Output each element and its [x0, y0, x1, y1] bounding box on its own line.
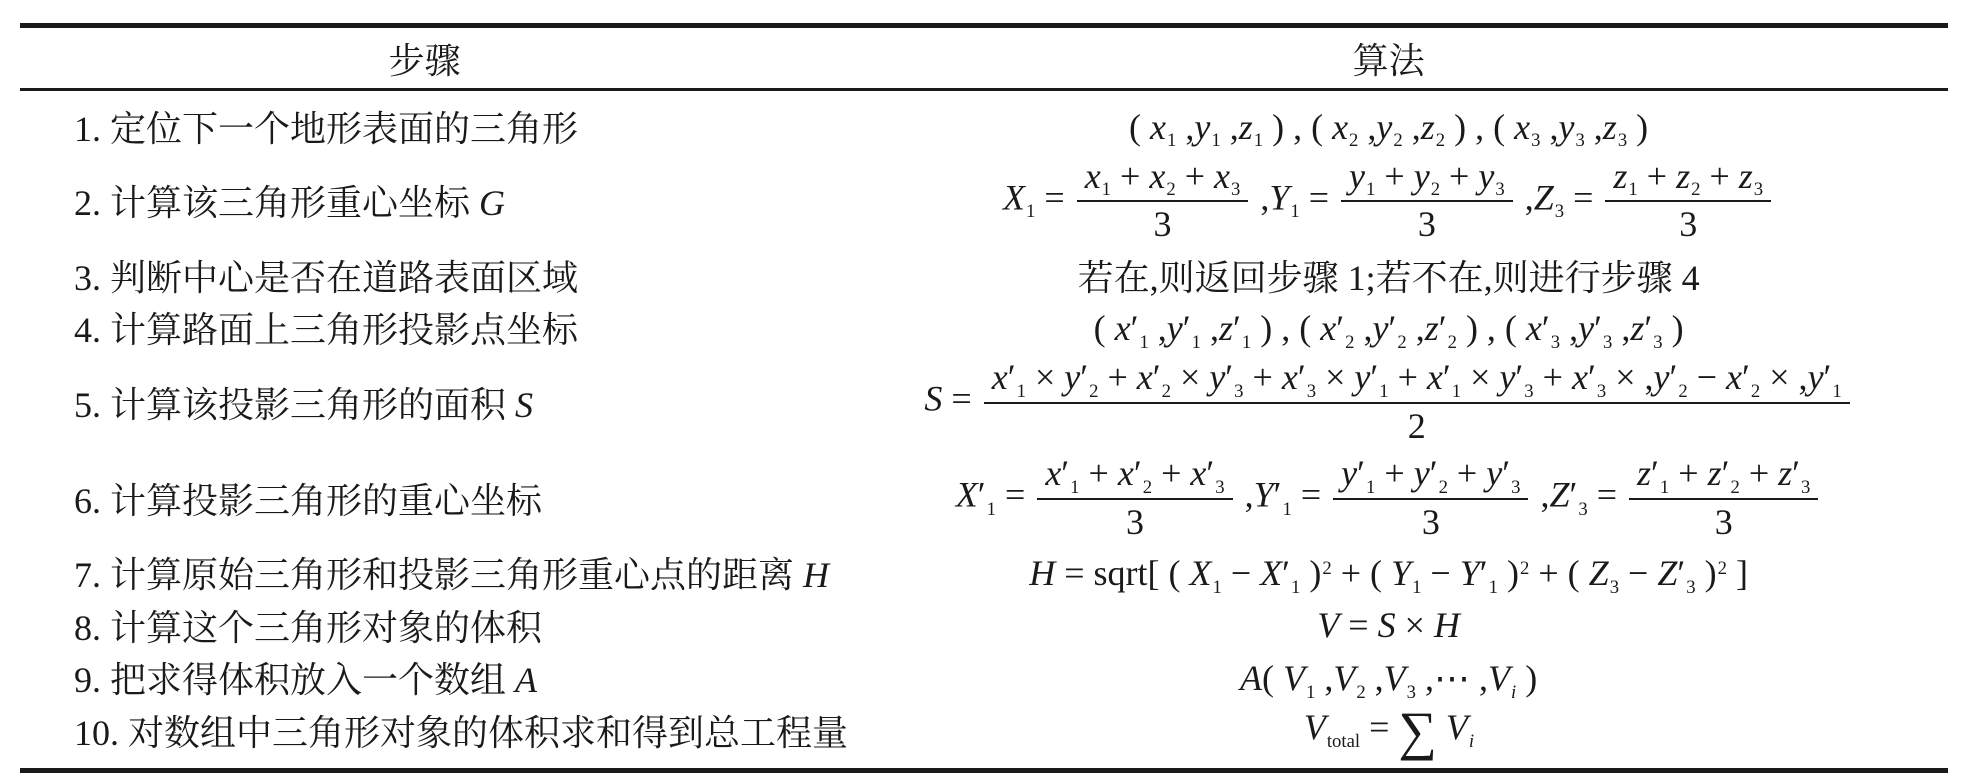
table-row: 9. 把求得体积放入一个数组 A A( V1 ,V2 ,V3 ,⋯ ,Vi ) — [20, 652, 1948, 703]
fraction: x′1 + x′2 + x′33 — [1037, 455, 1232, 542]
step-cell: 1. 定位下一个地形表面的三角形 — [20, 101, 829, 152]
step-cell: 6. 计算投影三角形的重心坐标 — [20, 473, 829, 524]
sum-symbol: ∑ — [1398, 707, 1437, 756]
fraction: z1 + z2 + z33 — [1605, 158, 1771, 245]
algorithm-cell: ( x′1 ,y′1 ,z′1 ) , ( x′2 ,y′2 ,z′2 ) , … — [829, 307, 1948, 349]
algorithm-cell: H = sqrt[ ( X1 − X′1 )2 + ( Y1 − Y′1 )2 … — [829, 552, 1948, 594]
table-row: 10. 对数组中三角形对象的体积求和得到总工程量 Vtotal = ∑ Vi — [20, 705, 1948, 756]
algorithm-cell: X′1 = x′1 + x′2 + x′33 ,Y′1 = y′1 + y′2 … — [829, 455, 1948, 542]
table-row: 5. 计算该投影三角形的面积 S S = x′1 × y′2 + x′2 × y… — [20, 355, 1948, 450]
bottom-rule — [20, 768, 1948, 773]
step-cell: 9. 把求得体积放入一个数组 A — [20, 652, 829, 703]
algorithm-table: 步骤 算法 1. 定位下一个地形表面的三角形 ( x1 ,y1 ,z1 ) , … — [20, 23, 1948, 773]
table-row: 1. 定位下一个地形表面的三角形 ( x1 ,y1 ,z1 ) , ( x2 ,… — [20, 101, 1948, 152]
table-row: 3. 判断中心是否在道路表面区域 若在,则返回步骤 1;若不在,则进行步骤 4 — [20, 250, 1948, 301]
step-cell: 2. 计算该三角形重心坐标 G — [20, 175, 829, 226]
paper-page: 步骤 算法 1. 定位下一个地形表面的三角形 ( x1 ,y1 ,z1 ) , … — [0, 0, 1968, 782]
fraction: y′1 + y′2 + y′33 — [1333, 455, 1528, 542]
table-row: 4. 计算路面上三角形投影点坐标 ( x′1 ,y′1 ,z′1 ) , ( x… — [20, 302, 1948, 353]
table-row: 8. 计算这个三角形对象的体积 V = S × H — [20, 600, 1948, 651]
fraction: z′1 + z′2 + z′33 — [1629, 455, 1818, 542]
column-header-algorithm: 算法 — [829, 33, 1948, 84]
column-header-steps: 步骤 — [20, 33, 829, 84]
table-row: 2. 计算该三角形重心坐标 G X1 = x1 + x2 + x33 ,Y1 =… — [20, 154, 1948, 249]
step-cell: 4. 计算路面上三角形投影点坐标 — [20, 302, 829, 353]
algorithm-cell: X1 = x1 + x2 + x33 ,Y1 = y1 + y2 + y33 ,… — [829, 158, 1948, 245]
step-cell: 8. 计算这个三角形对象的体积 — [20, 600, 829, 651]
step-cell: 10. 对数组中三角形对象的体积求和得到总工程量 — [20, 705, 830, 756]
algorithm-cell: 若在,则返回步骤 1;若不在,则进行步骤 4 — [829, 250, 1948, 301]
fraction: x1 + x2 + x33 — [1077, 158, 1249, 245]
table-row: 7. 计算原始三角形和投影三角形重心点的距离 H H = sqrt[ ( X1 … — [20, 547, 1948, 598]
fraction: y1 + y2 + y33 — [1341, 158, 1513, 245]
step-cell: 5. 计算该投影三角形的面积 S — [20, 377, 829, 428]
table-row: 6. 计算投影三角形的重心坐标 X′1 = x′1 + x′2 + x′33 ,… — [20, 451, 1948, 546]
algorithm-cell: Vtotal = ∑ Vi — [830, 706, 1948, 755]
step-cell: 3. 判断中心是否在道路表面区域 — [20, 250, 829, 301]
fraction: x′1 × y′2 + x′2 × y′3 + x′3 × y′1 + x′1 … — [984, 359, 1850, 446]
step-cell: 7. 计算原始三角形和投影三角形重心点的距离 H — [20, 547, 829, 598]
algorithm-cell: V = S × H — [829, 604, 1948, 646]
algorithm-cell: ( x1 ,y1 ,z1 ) , ( x2 ,y2 ,z2 ) , ( x3 ,… — [829, 106, 1948, 148]
algorithm-cell: S = x′1 × y′2 + x′2 × y′3 + x′3 × y′1 + … — [829, 359, 1948, 446]
algorithm-cell: A( V1 ,V2 ,V3 ,⋯ ,Vi ) — [829, 657, 1948, 699]
table-body: 1. 定位下一个地形表面的三角形 ( x1 ,y1 ,z1 ) , ( x2 ,… — [20, 91, 1948, 768]
table-header-row: 步骤 算法 — [20, 28, 1948, 88]
